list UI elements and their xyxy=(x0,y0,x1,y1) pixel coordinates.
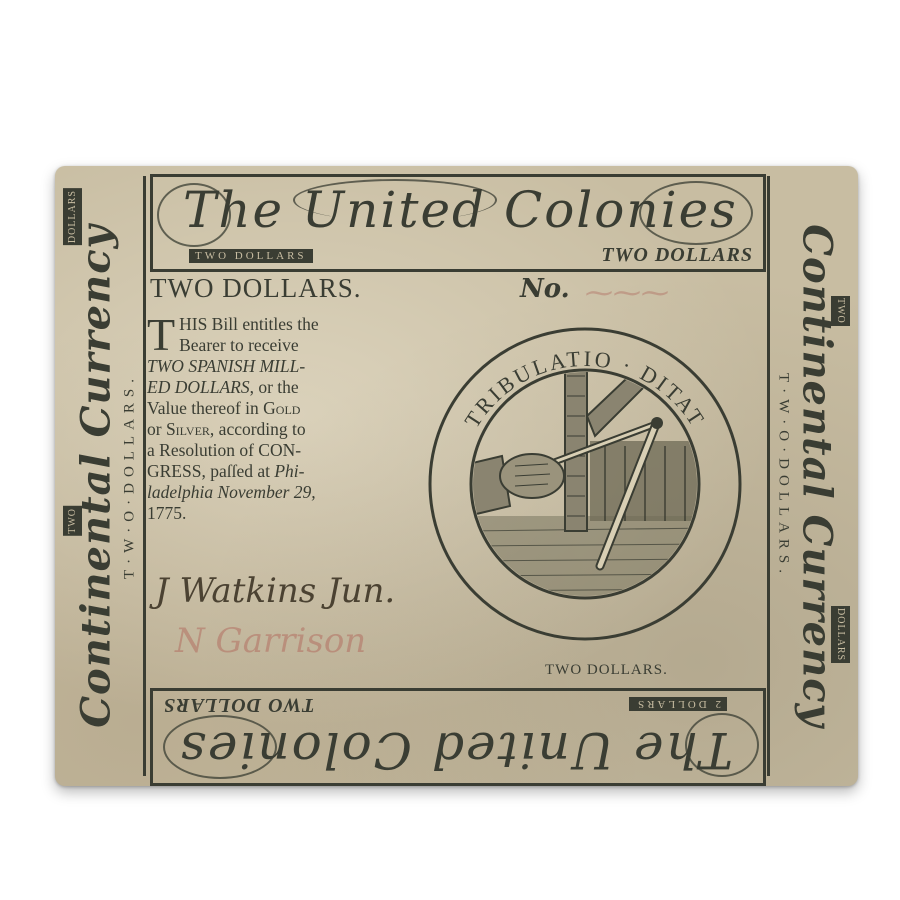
signature-secondary: N Garrison xyxy=(175,621,366,661)
left-border-plate-bottom: TWO xyxy=(63,506,82,536)
right-border-plate-top: TWO xyxy=(831,296,850,326)
bill-text-line: ED DOLLARS xyxy=(147,377,250,397)
bill-text: T HIS Bill entitles the Bearer to receiv… xyxy=(147,314,409,524)
bill-text-line: 1775. xyxy=(147,503,186,523)
right-border-denomination: T·W·O·DOLLARS. xyxy=(775,373,792,579)
bottom-denomination: TWO DOLLARS xyxy=(163,693,315,716)
denomination-heading: TWO DOLLARS. xyxy=(150,273,361,304)
bottom-issuer-title: The United Colonies xyxy=(178,721,733,779)
seal-vignette: TRIBULATIO · DITAT xyxy=(420,316,750,646)
bill-text-line: Gold xyxy=(263,398,300,418)
bottom-banner-inverted: The United Colonies 2 DOLLARS TWO DOLLAR… xyxy=(153,691,763,783)
left-border: Continental Currency T·W·O·DOLLARS. DOLL… xyxy=(61,176,146,776)
left-border-denomination: T·W·O·DOLLARS. xyxy=(122,373,139,579)
bill-text-line: ladelphia November 29, xyxy=(147,482,316,502)
bill-text-line: a Resolution of CON- xyxy=(147,440,301,460)
top-denomination: TWO DOLLARS xyxy=(601,244,753,267)
right-border-plate-bottom: DOLLARS xyxy=(831,606,850,663)
top-banner: The United Colonies TWO DOLLARS TWO DOLL… xyxy=(150,174,766,272)
bill-text-line: or xyxy=(147,419,166,439)
drop-cap: T xyxy=(147,316,175,354)
issuer-title: The United Colonies xyxy=(183,181,738,239)
bill-text-line: Phi- xyxy=(274,461,304,481)
left-border-script: Continental Currency xyxy=(73,224,120,728)
serial-number: ⁓⁓⁓ xyxy=(585,276,669,309)
left-border-plate-top: DOLLARS xyxy=(63,188,82,245)
bottom-plate-label: 2 DOLLARS xyxy=(629,697,727,711)
bottom-banner: The United Colonies 2 DOLLARS TWO DOLLAR… xyxy=(150,688,766,786)
seal-footer-denomination: TWO DOLLARS. xyxy=(545,662,668,679)
signature-primary: J Watkins Jun. xyxy=(155,571,395,611)
bill-text-line: TWO SPANISH MILL- xyxy=(147,356,305,376)
bill-text-line: , according to xyxy=(210,419,306,439)
bill-text-line: Bearer to receive xyxy=(179,335,299,355)
bill-text-line: GRESS, paſſed at xyxy=(147,461,274,481)
right-border: Continental Currency T·W·O·DOLLARS. TWO … xyxy=(767,176,852,776)
bill-text-line: Silver xyxy=(166,419,210,439)
continental-currency-note: Continental Currency T·W·O·DOLLARS. DOLL… xyxy=(55,166,858,786)
number-label: No. xyxy=(520,274,570,304)
top-plate-label: TWO DOLLARS xyxy=(189,249,313,263)
bill-text-line: Value thereof in xyxy=(147,398,263,418)
bill-text-line: , or the xyxy=(250,377,299,397)
bill-text-line: HIS Bill entitles the xyxy=(179,314,319,334)
